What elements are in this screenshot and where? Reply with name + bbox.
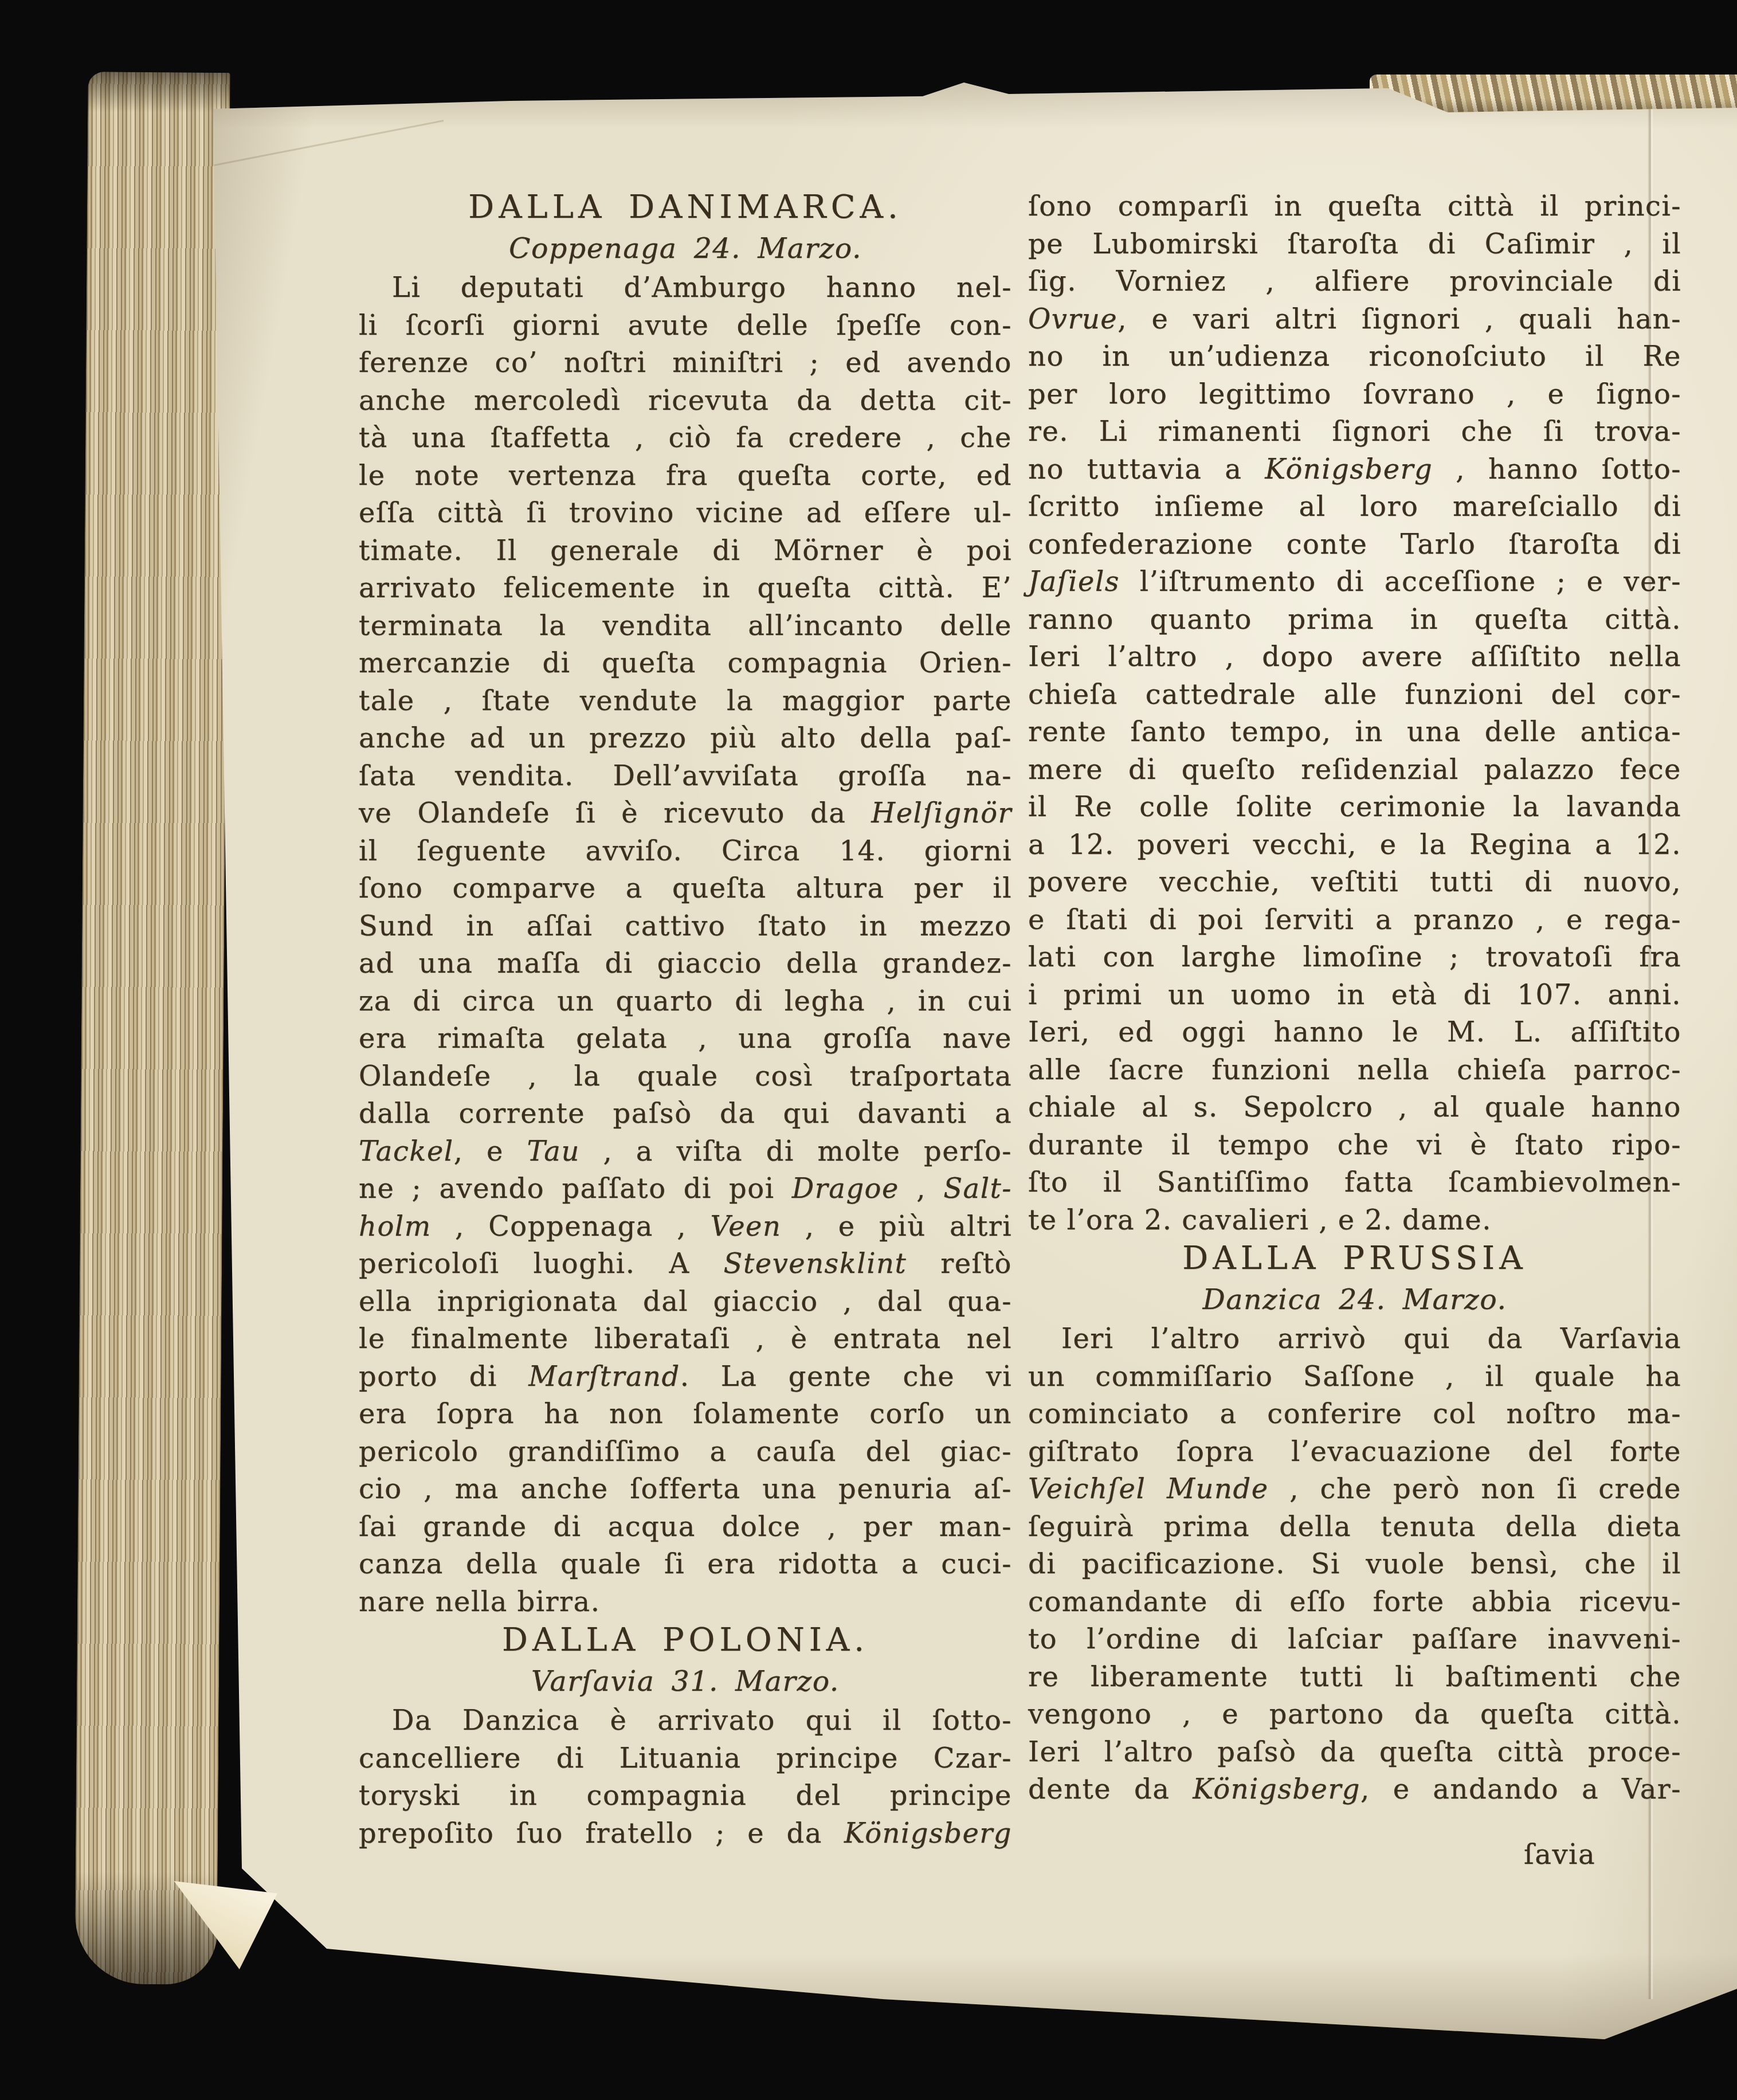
text-segment: il Re colle ſolite cerimonie la lavanda bbox=[1028, 791, 1681, 823]
text-line: tà una ſtaffetta , ciò fa credere , che bbox=[359, 421, 1012, 459]
italic-text-segment: Ovrue bbox=[1028, 303, 1118, 335]
italic-text-segment: Varſavia 31. Marzo. bbox=[531, 1665, 840, 1698]
text-segment: terminata la vendita all’incanto delle bbox=[359, 610, 1012, 642]
text-line: alle ſacre funzioni nella chieſa parroc- bbox=[1028, 1053, 1681, 1091]
text-segment: e ſtati di poi ſerviti a pranzo , e rega… bbox=[1028, 904, 1681, 936]
text-segment: , e vari altri ſignori , quali han- bbox=[1118, 303, 1681, 335]
text-line: ſai grande di acqua dolce , per man- bbox=[359, 1510, 1012, 1547]
text-segment: Ieri l’altro , dopo avere aſſiſtito nell… bbox=[1028, 641, 1681, 673]
text-segment: toryski in compagnia del principe bbox=[359, 1780, 1012, 1812]
italic-text-segment: Königsberg bbox=[1265, 453, 1433, 485]
text-line: tale , ſtate vendute la maggior parte bbox=[359, 684, 1012, 722]
text-line: li ſcorſi giorni avute delle ſpeſſe con- bbox=[359, 308, 1012, 346]
dateline: Danzica 24. Marzo. bbox=[1028, 1283, 1681, 1322]
text-line: durante il tempo che vi è ſtato ripo- bbox=[1028, 1128, 1681, 1166]
text-segment: porto di bbox=[359, 1361, 528, 1393]
text-line: arrivato felicemente in queſta città. E’ bbox=[359, 571, 1012, 609]
text-segment: ad una maſſa di giaccio della grandez- bbox=[359, 947, 1012, 980]
text-line: te l’ora 2. cavalieri , e 2. dame. bbox=[1028, 1203, 1681, 1241]
text-line: ranno quanto prima in queſta città. bbox=[1028, 602, 1681, 640]
text-segment: , Coppenaga , bbox=[432, 1210, 711, 1243]
text-segment: cancelliere di Lituania principe Czar- bbox=[359, 1742, 1012, 1774]
text-line: re. Li rimanenti ſignori che ſi trova- bbox=[1028, 414, 1681, 452]
text-segment: chieſa cattedrale alle funzioni del cor- bbox=[1028, 679, 1681, 711]
text-line: timate. Il generale di Mörner è poi bbox=[359, 534, 1012, 571]
text-segment: to l’ordine di laſciar paſſare inavveni- bbox=[1028, 1623, 1681, 1655]
text-line: ſto il Santiſſimo fatta ſcambievolmen- bbox=[1028, 1165, 1681, 1203]
text-line: le note vertenza fra queſta corte, ed bbox=[359, 459, 1012, 496]
italic-text-segment: Königsberg bbox=[1193, 1773, 1360, 1805]
text-line: ad una maſſa di giaccio della grandez- bbox=[359, 946, 1012, 984]
text-segment: Sund in aſſai cattivo ſtato in mezzo bbox=[359, 910, 1012, 942]
text-line: toryski in compagnia del principe bbox=[359, 1778, 1012, 1816]
text-segment: ferenze co’ noſtri miniſtri ; ed avendo bbox=[359, 347, 1012, 379]
dateline: Varſavia 31. Marzo. bbox=[359, 1664, 1012, 1703]
text-line: porto di Marſtrand. La gente che vi bbox=[359, 1359, 1012, 1397]
text-segment: prepoſito ſuo fratello ; e da bbox=[359, 1817, 844, 1850]
text-line: ella inprigionata dal giaccio , dal qua- bbox=[359, 1284, 1012, 1322]
text-line: Olandeſe , la quale così traſportata bbox=[359, 1059, 1012, 1097]
text-line: Jaſiels l’iſtrumento di acceſſione ; e v… bbox=[1028, 565, 1681, 602]
italic-text-segment: Marſtrand bbox=[528, 1361, 680, 1393]
text-line: cancelliere di Lituania principe Czar- bbox=[359, 1741, 1012, 1779]
text-segment: un commiſſario Saſſone , il quale ha bbox=[1028, 1361, 1681, 1393]
text-line: Tackel, e Tau , a viſta di molte perſo- bbox=[359, 1134, 1012, 1172]
italic-text-segment: Helſignör bbox=[871, 797, 1012, 829]
text-segment: rente ſanto tempo, in una delle antica- bbox=[1028, 716, 1681, 748]
text-line: di pacificazione. Si vuole bensì, che il bbox=[1028, 1547, 1681, 1585]
text-segment: ſata vendita. Dell’avviſata groſſa na- bbox=[359, 760, 1012, 792]
text-line: dente da Königsberg, e andando a Var- bbox=[1028, 1772, 1681, 1810]
text-segment: ſto il Santiſſimo fatta ſcambievolmen- bbox=[1028, 1166, 1681, 1198]
italic-text-segment: holm bbox=[359, 1210, 432, 1243]
book-page-edge-stack bbox=[75, 72, 230, 1985]
text-segment: dalla corrente paſsò da qui davanti a bbox=[359, 1098, 1012, 1130]
text-line: Ieri, ed oggi hanno le M. L. aſſiſtito bbox=[1028, 1015, 1681, 1053]
text-segment: DALLA DANIMARCA. bbox=[468, 189, 902, 226]
text-segment: mercanzie di queſta compagnia Orien- bbox=[359, 647, 1012, 679]
text-segment: vengono , e partono da queſta città. bbox=[1028, 1698, 1681, 1730]
text-segment: li ſcorſi giorni avute delle ſpeſſe con- bbox=[359, 309, 1012, 342]
text-line: ne ; avendo paſſato di poi Dragoe , Salt… bbox=[359, 1172, 1012, 1209]
section-header: DALLA DANIMARCA. bbox=[359, 189, 1012, 232]
text-line: il Re colle ſolite cerimonie la lavanda bbox=[1028, 790, 1681, 828]
text-segment: chiale al s. Sepolcro , al quale hanno bbox=[1028, 1091, 1681, 1123]
text-segment: giſtrato ſopra l’evacuazione del forte bbox=[1028, 1436, 1681, 1468]
text-segment: povere vecchie, veſtiti tutti di nuovo, bbox=[1028, 866, 1681, 898]
text-line: ferenze co’ noſtri miniſtri ; ed avendo bbox=[359, 346, 1012, 383]
text-segment: Ieri l’altro paſsò da queſta città proce… bbox=[1028, 1736, 1681, 1768]
text-line: il ſeguente avviſo. Circa 14. giorni bbox=[359, 834, 1012, 872]
text-segment: DALLA PRUSSIA bbox=[1182, 1240, 1527, 1277]
text-segment: a 12. poveri vecchi, e la Regina a 12. bbox=[1028, 829, 1681, 861]
text-segment: , hanno ſotto- bbox=[1433, 453, 1681, 485]
text-line: Ieri l’altro paſsò da queſta città proce… bbox=[1028, 1735, 1681, 1773]
text-line: ſono comparve a queſta altura per il bbox=[359, 871, 1012, 909]
italic-text-segment: Stevensklint bbox=[724, 1248, 907, 1280]
text-segment: Olandeſe , la quale così traſportata bbox=[359, 1060, 1012, 1092]
text-line: lati con larghe limoſine ; trovatoſi fra bbox=[1028, 940, 1681, 978]
text-line: un commiſſario Saſſone , il quale ha bbox=[1028, 1359, 1681, 1397]
text-segment: era ſopra ha non ſolamente corſo un bbox=[359, 1398, 1012, 1430]
text-segment: ranno quanto prima in queſta città. bbox=[1028, 604, 1681, 636]
text-segment: , che però non ſi crede bbox=[1269, 1473, 1681, 1505]
text-line: re liberamente tutti li baſtimenti che bbox=[1028, 1660, 1681, 1698]
text-segment: no in un’udienza riconoſciuto il Re bbox=[1028, 340, 1681, 373]
italic-text-segment: Jaſiels bbox=[1028, 566, 1120, 598]
text-line: za di circa un quarto di legha , in cui bbox=[359, 984, 1012, 1022]
text-segment: arrivato felicemente in queſta città. E’ bbox=[359, 572, 1012, 604]
text-segment: ella inprigionata dal giaccio , dal qua- bbox=[359, 1286, 1012, 1318]
text-line: holm , Coppenaga , Veen , e più altri bbox=[359, 1209, 1012, 1247]
text-line: e ſtati di poi ſerviti a pranzo , e rega… bbox=[1028, 903, 1681, 941]
text-line: Sund in aſſai cattivo ſtato in mezzo bbox=[359, 909, 1012, 947]
text-segment: tale , ſtate vendute la maggior parte bbox=[359, 685, 1012, 717]
text-line: Ieri l’altro , dopo avere aſſiſtito nell… bbox=[1028, 640, 1681, 677]
text-segment: comandante di eſſo forte abbia ricevu- bbox=[1028, 1586, 1681, 1618]
text-line: nare nella birra. bbox=[359, 1585, 1012, 1623]
text-line: ſeguirà prima della tenuta della dieta bbox=[1028, 1510, 1681, 1547]
text-segment: pericolo grandiſſimo a cauſa del giac- bbox=[359, 1436, 1012, 1468]
text-segment: nare nella birra. bbox=[359, 1586, 600, 1618]
text-line: terminata la vendita all’incanto delle bbox=[359, 609, 1012, 647]
text-segment: , e bbox=[454, 1135, 527, 1167]
text-segment: no tuttavia a bbox=[1028, 453, 1265, 485]
text-segment: lati con larghe limoſine ; trovatoſi fra bbox=[1028, 941, 1681, 973]
section-header: DALLA PRUSSIA bbox=[1028, 1240, 1681, 1283]
text-segment: il ſeguente avviſo. Circa 14. giorni bbox=[359, 835, 1012, 867]
text-segment: reſtò bbox=[907, 1248, 1012, 1280]
text-line: ſcritto inſieme al loro mareſciallo di bbox=[1028, 489, 1681, 527]
text-segment: DALLA POLONIA. bbox=[502, 1621, 869, 1659]
text-line: era ſopra ha non ſolamente corſo un bbox=[359, 1397, 1012, 1435]
text-line: ve Olandeſe ſi è ricevuto da Helſignör bbox=[359, 796, 1012, 834]
text-segment: anche mercoledì ricevuta da detta cit- bbox=[359, 385, 1012, 417]
text-line: comandante di eſſo forte abbia ricevu- bbox=[1028, 1585, 1681, 1623]
text-line: anche ad un prezzo più alto della paſ- bbox=[359, 721, 1012, 759]
text-line: rente ſanto tempo, in una delle antica- bbox=[1028, 715, 1681, 753]
text-segment: cominciato a conferire col noſtro ma- bbox=[1028, 1398, 1681, 1430]
text-line: pe Lubomirski ſtaroſta di Caſimir , il bbox=[1028, 227, 1681, 265]
text-segment: re. Li rimanenti ſignori che ſi trova- bbox=[1028, 416, 1681, 448]
text-line: prepoſito ſuo fratello ; e da Königsberg bbox=[359, 1816, 1012, 1854]
dateline: Coppenaga 24. Marzo. bbox=[359, 232, 1012, 271]
text-segment: alle ſacre funzioni nella chieſa parroc- bbox=[1028, 1054, 1681, 1086]
text-segment: confederazione conte Tarlo ſtaroſta di bbox=[1028, 528, 1681, 561]
text-line: vengono , e partono da queſta città. bbox=[1028, 1697, 1681, 1735]
text-segment: ſig. Vorniez , alfiere provinciale di bbox=[1028, 265, 1681, 297]
text-line: canza della quale ſi era ridotta a cuci- bbox=[359, 1547, 1012, 1585]
text-segment: ſai grande di acqua dolce , per man- bbox=[359, 1511, 1012, 1543]
text-line: no tuttavia a Königsberg , hanno ſotto- bbox=[1028, 452, 1681, 490]
text-line: ſig. Vorniez , alfiere provinciale di bbox=[1028, 264, 1681, 302]
text-segment: timate. Il generale di Mörner è poi bbox=[359, 535, 1012, 567]
text-line: confederazione conte Tarlo ſtaroſta di bbox=[1028, 527, 1681, 565]
text-line: to l’ordine di laſciar paſſare inavveni- bbox=[1028, 1622, 1681, 1660]
text-line: Veichſel Munde , che però non ſi crede bbox=[1028, 1472, 1681, 1510]
text-segment: ſono comparſi in queſta città il princi- bbox=[1028, 190, 1681, 222]
text-line: Da Danzica è arrivato qui il ſotto- bbox=[359, 1703, 1012, 1741]
text-segment: . La gente che vi bbox=[680, 1361, 1012, 1393]
text-line: ſono comparſi in queſta città il princi- bbox=[1028, 189, 1681, 227]
text-segment: ſavia bbox=[1524, 1839, 1595, 1871]
text-line: anche mercoledì ricevuta da detta cit- bbox=[359, 383, 1012, 421]
section-header: DALLA POLONIA. bbox=[359, 1622, 1012, 1664]
text-line: giſtrato ſopra l’evacuazione del forte bbox=[1028, 1435, 1681, 1472]
text-segment: , a viſta di molte perſo- bbox=[580, 1135, 1012, 1167]
italic-text-segment: Tau bbox=[527, 1135, 580, 1167]
paper-crease bbox=[202, 120, 444, 169]
italic-text-segment: Salt- bbox=[943, 1173, 1012, 1205]
text-segment: ſcritto inſieme al loro mareſciallo di bbox=[1028, 491, 1681, 523]
text-segment: di pacificazione. Si vuole bensì, che il bbox=[1028, 1548, 1681, 1580]
text-line: chieſa cattedrale alle funzioni del cor- bbox=[1028, 677, 1681, 715]
text-segment: era rimaſta gelata , una groſſa nave bbox=[359, 1022, 1012, 1055]
text-line: i primi un uomo in età di 107. anni. bbox=[1028, 978, 1681, 1016]
book-page: DALLA DANIMARCA.Coppenaga 24. Marzo.Li d… bbox=[189, 79, 1737, 2052]
italic-text-segment: Danzica 24. Marzo. bbox=[1202, 1283, 1507, 1316]
text-segment: eſſa città ſi trovino vicine ad eſſere u… bbox=[359, 497, 1012, 529]
text-line: cio , ma anche ſofferta una penuria aſ- bbox=[359, 1472, 1012, 1510]
italic-text-segment: Veichſel Munde bbox=[1028, 1473, 1269, 1505]
italic-text-segment: Dragoe bbox=[792, 1173, 899, 1205]
text-segment: ſono comparve a queſta altura per il bbox=[359, 872, 1012, 904]
text-segment: durante il tempo che vi è ſtato ripo- bbox=[1028, 1129, 1681, 1161]
catchword: ſavia bbox=[1028, 1837, 1681, 1875]
text-segment: Ieri l’altro arrivò qui da Varſavia bbox=[1061, 1323, 1681, 1355]
text-line: a 12. poveri vecchi, e la Regina a 12. bbox=[1028, 828, 1681, 865]
text-segment: per loro legittimo ſovrano , e ſigno- bbox=[1028, 378, 1681, 410]
text-segment: pericoloſi luoghi. A bbox=[359, 1248, 724, 1280]
text-segment: re liberamente tutti li baſtimenti che bbox=[1028, 1661, 1681, 1693]
text-segment: ne ; avendo paſſato di poi bbox=[359, 1173, 792, 1205]
text-line: cominciato a conferire col noſtro ma- bbox=[1028, 1397, 1681, 1435]
text-segment: l’iſtrumento di acceſſione ; e ver- bbox=[1120, 566, 1681, 598]
text-line: Li deputati d’Amburgo hanno nel- bbox=[359, 271, 1012, 308]
text-line: dalla corrente paſsò da qui davanti a bbox=[359, 1096, 1012, 1134]
italic-text-segment: Tackel bbox=[359, 1135, 454, 1167]
text-line: Ieri l’altro arrivò qui da Varſavia bbox=[1028, 1322, 1681, 1359]
text-segment: tà una ſtaffetta , ciò fa credere , che bbox=[359, 422, 1012, 454]
text-segment: mere di queſto reſidenzial palazzo fece bbox=[1028, 754, 1681, 786]
left-text-column: DALLA DANIMARCA.Coppenaga 24. Marzo.Li d… bbox=[359, 189, 1012, 1854]
italic-text-segment: Königsberg bbox=[844, 1817, 1012, 1850]
text-line: eſſa città ſi trovino vicine ad eſſere u… bbox=[359, 496, 1012, 534]
text-segment: le finalmente liberataſi , è entrata nel bbox=[359, 1323, 1012, 1355]
text-segment: , bbox=[899, 1173, 943, 1205]
text-line: mercanzie di queſta compagnia Orien- bbox=[359, 646, 1012, 684]
text-segment: , e più altri bbox=[781, 1210, 1012, 1243]
text-segment: te l’ora 2. cavalieri , e 2. dame. bbox=[1028, 1204, 1492, 1236]
italic-text-segment: Veen bbox=[710, 1210, 781, 1243]
text-segment: canza della quale ſi era ridotta a cuci- bbox=[359, 1548, 1012, 1580]
text-segment: dente da bbox=[1028, 1773, 1193, 1805]
text-line: per loro legittimo ſovrano , e ſigno- bbox=[1028, 377, 1681, 415]
text-line: ſata vendita. Dell’avviſata groſſa na- bbox=[359, 759, 1012, 797]
text-line: pericoloſi luoghi. A Stevensklint reſtò bbox=[359, 1247, 1012, 1284]
text-segment: ſeguirà prima della tenuta della dieta bbox=[1028, 1511, 1681, 1543]
text-segment: ve Olandeſe ſi è ricevuto da bbox=[359, 797, 871, 829]
text-segment: , e andando a Var- bbox=[1360, 1773, 1681, 1805]
italic-text-segment: Coppenaga 24. Marzo. bbox=[509, 232, 862, 265]
text-segment: anche ad un prezzo più alto della paſ- bbox=[359, 722, 1012, 754]
scanned-book-photo: { "scene": { "background_color": "#0a0a0… bbox=[0, 0, 1737, 2100]
text-line: mere di queſto reſidenzial palazzo fece bbox=[1028, 753, 1681, 790]
text-segment: Li deputati d’Amburgo hanno nel- bbox=[392, 272, 1012, 304]
text-line: pericolo grandiſſimo a cauſa del giac- bbox=[359, 1435, 1012, 1472]
text-segment: pe Lubomirski ſtaroſta di Caſimir , il bbox=[1028, 228, 1681, 260]
text-line: chiale al s. Sepolcro , al quale hanno bbox=[1028, 1090, 1681, 1128]
text-line: Ovrue, e vari altri ſignori , quali han- bbox=[1028, 302, 1681, 340]
text-line: povere vecchie, veſtiti tutti di nuovo, bbox=[1028, 865, 1681, 903]
text-line: era rimaſta gelata , una groſſa nave bbox=[359, 1021, 1012, 1059]
text-segment: i primi un uomo in età di 107. anni. bbox=[1028, 979, 1681, 1011]
text-segment: Ieri, ed oggi hanno le M. L. aſſiſtito bbox=[1028, 1016, 1681, 1048]
text-line: le finalmente liberataſi , è entrata nel bbox=[359, 1322, 1012, 1359]
text-segment: cio , ma anche ſofferta una penuria aſ- bbox=[359, 1473, 1012, 1505]
text-segment: za di circa un quarto di legha , in cui bbox=[359, 985, 1012, 1017]
text-line: no in un’udienza riconoſciuto il Re bbox=[1028, 339, 1681, 377]
text-segment: Da Danzica è arrivato qui il ſotto- bbox=[392, 1705, 1012, 1737]
right-text-column: ſono comparſi in queſta città il princi-… bbox=[1028, 189, 1681, 1875]
text-segment: le note vertenza fra queſta corte, ed bbox=[359, 460, 1012, 492]
